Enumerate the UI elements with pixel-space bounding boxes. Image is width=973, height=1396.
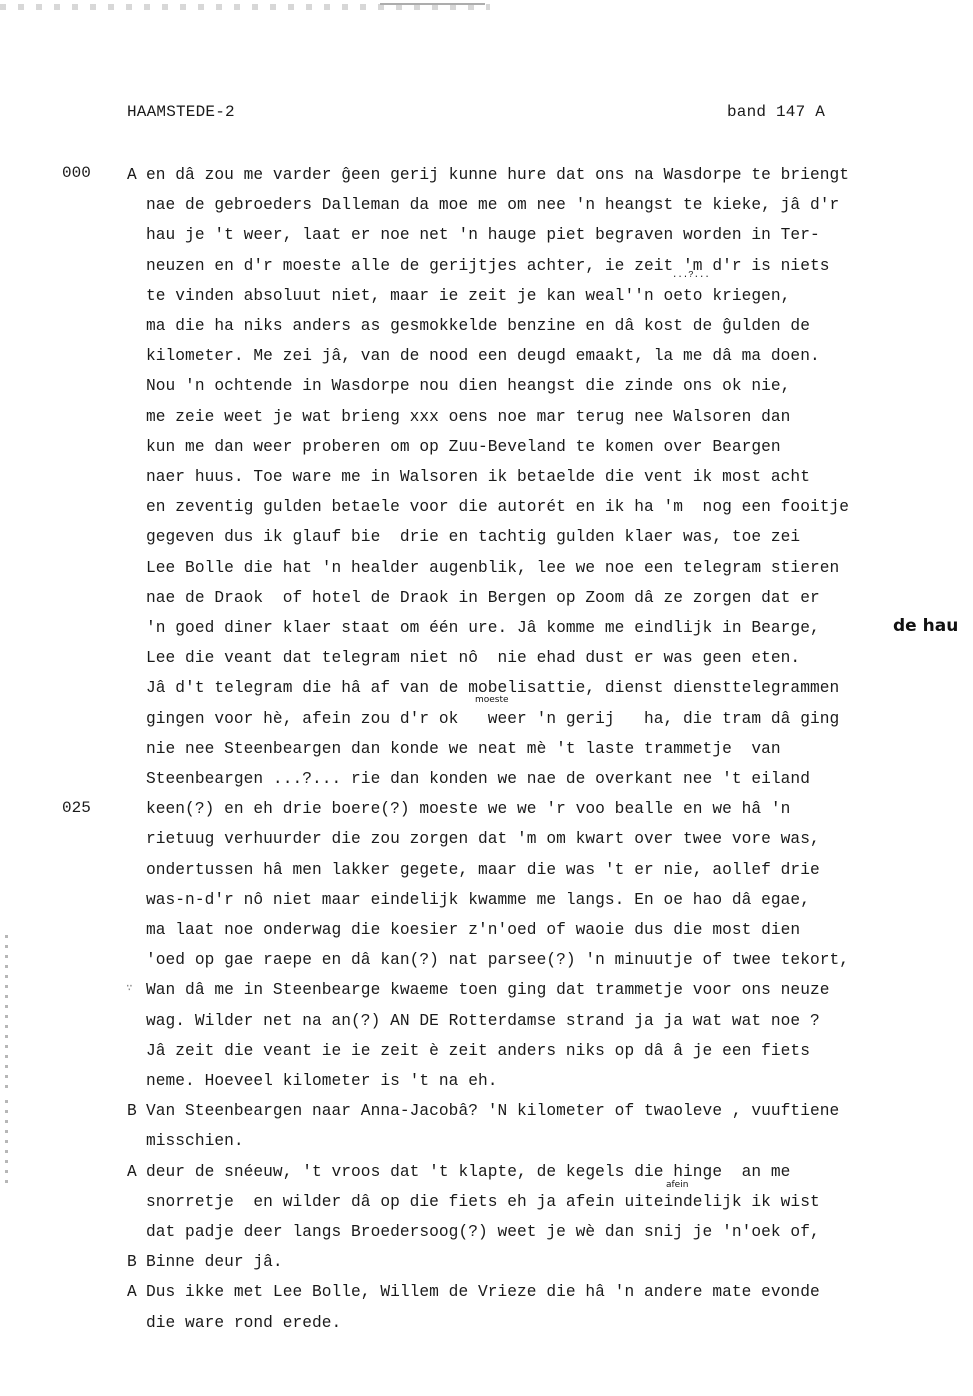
speaker-label: B	[127, 1096, 137, 1126]
line-text: hau je 't weer, laat er noe net 'n hauge…	[146, 226, 820, 244]
transcript-line: Nou 'n ochtende in Wasdorpe nou dien hea…	[146, 371, 790, 401]
line-text: naer huus. Toe ware me in Walsoren ik be…	[146, 468, 810, 486]
speaker-label: A	[127, 160, 137, 190]
line-text: gegeven dus ik glauf bie drie en tachtig…	[146, 528, 800, 546]
transcript-line: keen(?) en eh drie boere(?) moeste we we…	[146, 794, 790, 824]
transcript-line: Adeur de snéeuw, 't vroos dat 't klapte,…	[146, 1157, 790, 1187]
margin-scan-dots-lower	[5, 1100, 8, 1190]
line-text: Dus ikke met Lee Bolle, Willem de Vrieze…	[146, 1283, 820, 1301]
transcript-line: 'n goed diner klaer staat om één ure. Jâ…	[146, 613, 820, 643]
line-text: Wan dâ me in Steenbearge kwaeme toen gin…	[146, 981, 830, 999]
speaker-label: B	[127, 1247, 137, 1277]
transcript-line: ma die ha niks anders as gesmokkelde ben…	[146, 311, 810, 341]
transcript-line: ma laat noe onderwag die koesier z'n'oed…	[146, 915, 800, 945]
transcript-line: gingen voor hè, afein zou d'r ok weer 'n…	[146, 704, 839, 734]
transcript-line: ADus ikke met Lee Bolle, Willem de Vriez…	[146, 1277, 820, 1307]
line-text: Steenbeargen ...?... rie dan konden we n…	[146, 770, 810, 788]
transcript-line: Aen dâ zou me varder ĝeen gerij kunne hu…	[146, 160, 849, 190]
uncertain-marker: ...?...	[672, 270, 710, 280]
transcript-line: neuzen en d'r moeste alle de gerijtjes a…	[146, 251, 830, 281]
speaker-label: A	[127, 1277, 137, 1307]
transcript-line: gegeven dus ik glauf bie drie en tachtig…	[146, 522, 800, 552]
transcript-line: naer huus. Toe ware me in Walsoren ik be…	[146, 462, 810, 492]
line-text: te vinden absoluut niet, maar ie zeit je…	[146, 287, 790, 305]
line-text: neme. Hoeveel kilometer is 't na eh.	[146, 1072, 498, 1090]
transcript-line: ondertussen hâ men lakker gegete, maar d…	[146, 855, 820, 885]
transcript-line: me zeie weet je wat brieng xxx oens noe …	[146, 402, 790, 432]
line-text: Van Steenbeargen naar Anna-Jacobâ? 'N ki…	[146, 1102, 839, 1120]
line-text: neuzen en d'r moeste alle de gerijtjes a…	[146, 257, 830, 275]
margin-scan-dots	[5, 935, 8, 1095]
transcript-line: te vinden absoluut niet, maar ie zeit je…	[146, 281, 790, 311]
transcript-line: nae de gebroeders Dalleman da moe me om …	[146, 190, 839, 220]
line-text: misschien.	[146, 1132, 244, 1150]
line-text: 'oed op gae raepe en dâ kan(?) nat parse…	[146, 951, 849, 969]
scan-edge-artifacts	[0, 4, 490, 10]
transcript-line: BVan Steenbeargen naar Anna-Jacobâ? 'N k…	[146, 1096, 839, 1126]
line-text: snorretje en wilder dâ op die fiets eh j…	[146, 1193, 820, 1211]
line-text: keen(?) en eh drie boere(?) moeste we we…	[146, 800, 790, 818]
transcript-line: rietuug verhuurder die zou zorgen dat 'm…	[146, 824, 820, 854]
handwritten-insert-moeste: moeste	[475, 695, 509, 705]
transcript-line: en zeventig gulden betaele voor die auto…	[146, 492, 849, 522]
line-text: Nou 'n ochtende in Wasdorpe nou dien hea…	[146, 377, 790, 395]
transcript-line: nie nee Steenbeargen dan konde we neat m…	[146, 734, 781, 764]
line-text: nie nee Steenbeargen dan konde we neat m…	[146, 740, 781, 758]
line-text: Binne deur jâ.	[146, 1253, 283, 1271]
line-text: Lee die veant dat telegram niet nô nie e…	[146, 649, 800, 667]
transcript-line: dat padje deer langs Broedersoog(?) weet…	[146, 1217, 820, 1247]
line-text: en zeventig gulden betaele voor die auto…	[146, 498, 849, 516]
transcript-line: 'oed op gae raepe en dâ kan(?) nat parse…	[146, 945, 849, 975]
line-text: me zeie weet je wat brieng xxx oens noe …	[146, 408, 790, 426]
speaker-label: A	[127, 1157, 137, 1187]
line-text: ma laat noe onderwag die koesier z'n'oed…	[146, 921, 800, 939]
line-text: wag. Wilder net na an(?) AN DE Rotterdam…	[146, 1012, 820, 1030]
transcript-line: misschien.	[146, 1126, 244, 1156]
transcript-line: nae de Draok of hotel de Draok in Bergen…	[146, 583, 820, 613]
tape-counter-025: 025	[62, 793, 91, 823]
line-text: Jâ zeit die veant ie ie zeit è zeit ande…	[146, 1042, 810, 1060]
line-text: dat padje deer langs Broedersoog(?) weet…	[146, 1223, 820, 1241]
line-text: gingen voor hè, afein zou d'r ok weer 'n…	[146, 710, 839, 728]
line-text: ma die ha niks anders as gesmokkelde ben…	[146, 317, 810, 335]
handwritten-insert-de-hau: de hau	[893, 616, 958, 636]
line-text: en dâ zou me varder ĝeen gerij kunne hur…	[146, 166, 849, 184]
transcript-line: Jâ zeit die veant ie ie zeit è zeit ande…	[146, 1036, 810, 1066]
transcript-line: BBinne deur jâ.	[146, 1247, 283, 1277]
line-text: deur de snéeuw, 't vroos dat 't klapte, …	[146, 1163, 790, 1181]
transcript-line: kun me dan weer proberen om op Zuu-Bevel…	[146, 432, 781, 462]
transcript-line: kilometer. Me zei jâ, van de nood een de…	[146, 341, 820, 371]
tape-counter-000: 000	[62, 158, 91, 188]
margin-mark: ∵	[126, 974, 133, 1004]
transcript-line: snorretje en wilder dâ op die fiets eh j…	[146, 1187, 820, 1217]
tape-label: band 147 A	[727, 103, 825, 121]
transcript-line: die ware rond erede.	[146, 1308, 341, 1338]
transcript-line: was-n-d'r nô niet maar eindelijk kwamme …	[146, 885, 810, 915]
handwritten-insert-afein: afein	[666, 1180, 688, 1190]
line-text: rietuug verhuurder die zou zorgen dat 'm…	[146, 830, 820, 848]
transcript-line: hau je 't weer, laat er noe net 'n hauge…	[146, 220, 820, 250]
line-text: die ware rond erede.	[146, 1314, 341, 1332]
document-title: HAAMSTEDE-2	[127, 103, 235, 121]
line-text: was-n-d'r nô niet maar eindelijk kwamme …	[146, 891, 810, 909]
line-text: nae de Draok of hotel de Draok in Bergen…	[146, 589, 820, 607]
line-text: nae de gebroeders Dalleman da moe me om …	[146, 196, 839, 214]
transcript-line: Lee Bolle die hat 'n healder augenblik, …	[146, 553, 839, 583]
transcript-line: Wan dâ me in Steenbearge kwaeme toen gin…	[146, 975, 830, 1005]
line-text: Lee Bolle die hat 'n healder augenblik, …	[146, 559, 839, 577]
transcript-line: Lee die veant dat telegram niet nô nie e…	[146, 643, 800, 673]
line-text: 'n goed diner klaer staat om één ure. Jâ…	[146, 619, 820, 637]
transcript-line: wag. Wilder net na an(?) AN DE Rotterdam…	[146, 1006, 820, 1036]
transcript-line: Steenbeargen ...?... rie dan konden we n…	[146, 764, 810, 794]
line-text: kun me dan weer proberen om op Zuu-Bevel…	[146, 438, 781, 456]
transcript-line: neme. Hoeveel kilometer is 't na eh.	[146, 1066, 498, 1096]
line-text: ondertussen hâ men lakker gegete, maar d…	[146, 861, 820, 879]
line-text: kilometer. Me zei jâ, van de nood een de…	[146, 347, 820, 365]
